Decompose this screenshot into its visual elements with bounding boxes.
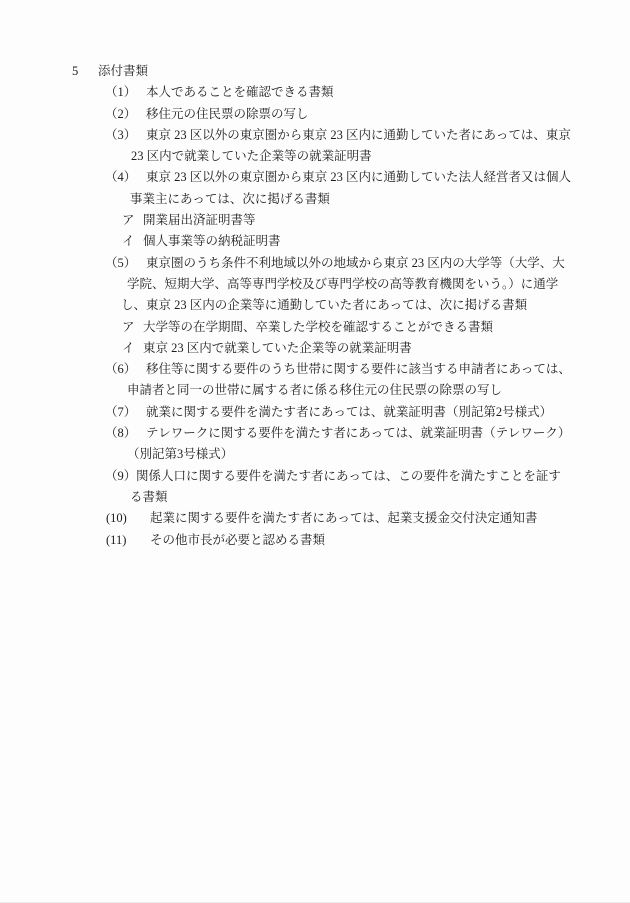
row-text: 事業主にあっては、次に掲げる書類 [130, 189, 330, 210]
section-heading: 5 添付書類 [0, 61, 630, 82]
section-5-attachments: 5 添付書類 （1） 本人であることを確認できる書類 （2） 移住元の住民票の除… [0, 61, 630, 551]
list-row-3-continuation: 23 区内で就業していた企業等の就業証明書 [0, 146, 630, 167]
list-row-2: （2） 移住元の住民票の除票の写し [0, 104, 630, 125]
row-marker: (11) [106, 530, 126, 551]
row-text: テレワークに関する要件を満たす者にあっては、就業証明書（テレワーク） [146, 423, 570, 444]
list-row-5-sub-a: ア 大学等の在学期間、卒業した学校を確認することができる書類 [0, 317, 630, 338]
list-row-4-sub-a: ア 開業届出済証明書等 [0, 210, 630, 231]
section-title: 添付書類 [98, 61, 148, 82]
row-marker: ア [122, 317, 135, 338]
list-row-8-continuation: （別記第3号様式） [0, 444, 630, 465]
row-marker: （5） [105, 253, 136, 274]
row-text: 開業届出済証明書等 [143, 210, 256, 231]
list-row-9: （9） 関係人口に関する要件を満たす者にあっては、この要件を満たすことを証す [0, 466, 630, 487]
row-text: 東京 23 区内で就業していた企業等の就業証明書 [143, 338, 412, 359]
row-marker: (10) [106, 508, 127, 529]
row-text: 東京圏のうち条件不利地域以外の地域から東京 23 区内の大学等（大学、大 [146, 253, 565, 274]
section-number: 5 [72, 61, 78, 82]
row-text: 申請者と同一の世帯に属する者に係る移住元の住民票の除票の写し [127, 380, 502, 401]
row-marker: （8） [105, 423, 136, 444]
row-text: 就業に関する要件を満たす者にあっては、就業証明書（別記第2号様式） [146, 402, 552, 423]
list-row-6: （6） 移住等に関する要件のうち世帯に関する要件に該当する申請者にあっては、 [0, 359, 630, 380]
row-marker: （3） [105, 125, 136, 146]
list-row-5-continuation-1: 学院、短期大学、高等専門学校及び専門学校の高等教育機関をいう。）に通学 [0, 274, 630, 295]
row-text: （別記第3号様式） [127, 444, 233, 465]
list-row-6-continuation: 申請者と同一の世帯に属する者に係る移住元の住民票の除票の写し [0, 380, 630, 401]
row-marker: イ [122, 338, 135, 359]
row-marker: （7） [105, 402, 136, 423]
row-marker: （1） [105, 82, 136, 103]
row-marker: ア [122, 210, 135, 231]
list-row-10: (10) 起業に関する要件を満たす者にあっては、起業支援金交付決定通知書 [0, 508, 630, 529]
row-marker: （6） [105, 359, 136, 380]
row-text: 東京 23 区以外の東京圏から東京 23 区内に通勤していた者にあっては、東京 [146, 125, 571, 146]
list-row-5-sub-i: イ 東京 23 区内で就業していた企業等の就業証明書 [0, 338, 630, 359]
row-text: 起業に関する要件を満たす者にあっては、起業支援金交付決定通知書 [150, 508, 537, 529]
row-text: 大学等の在学期間、卒業した学校を確認することができる書類 [143, 317, 493, 338]
list-row-4: （4） 東京 23 区以外の東京圏から東京 23 区内に通勤していた法人経営者又… [0, 167, 630, 188]
row-text: 個人事業等の納税証明書 [143, 231, 281, 252]
list-row-5-continuation-2: し、東京 23 区内の企業等に通勤していた者にあっては、次に掲げる書類 [0, 295, 630, 316]
row-text: 23 区内で就業していた企業等の就業証明書 [131, 146, 372, 167]
list-row-8: （8） テレワークに関する要件を満たす者にあっては、就業証明書（テレワーク） [0, 423, 630, 444]
list-row-4-continuation: 事業主にあっては、次に掲げる書類 [0, 189, 630, 210]
list-row-9-continuation: る書類 [0, 487, 630, 508]
row-text: 関係人口に関する要件を満たす者にあっては、この要件を満たすことを証す [136, 466, 561, 487]
row-marker: （4） [105, 167, 136, 188]
row-text: 移住元の住民票の除票の写し [146, 104, 309, 125]
list-row-11: (11) その他市長が必要と認める書類 [0, 530, 630, 551]
document-page: 5 添付書類 （1） 本人であることを確認できる書類 （2） 移住元の住民票の除… [0, 0, 630, 903]
row-text: 東京 23 区以外の東京圏から東京 23 区内に通勤していた法人経営者又は個人 [146, 167, 571, 188]
row-text: 移住等に関する要件のうち世帯に関する要件に該当する申請者にあっては、 [146, 359, 571, 380]
list-row-4-sub-i: イ 個人事業等の納税証明書 [0, 231, 630, 252]
list-row-3: （3） 東京 23 区以外の東京圏から東京 23 区内に通勤していた者にあっては… [0, 125, 630, 146]
row-marker: （2） [105, 104, 136, 125]
row-text: その他市長が必要と認める書類 [150, 530, 325, 551]
row-text: 学院、短期大学、高等専門学校及び専門学校の高等教育機関をいう。）に通学 [127, 274, 558, 295]
row-text: し、東京 23 区内の企業等に通勤していた者にあっては、次に掲げる書類 [121, 295, 527, 316]
list-row-1: （1） 本人であることを確認できる書類 [0, 82, 630, 103]
row-text: る書類 [130, 487, 168, 508]
row-marker: イ [122, 231, 135, 252]
list-row-7: （7） 就業に関する要件を満たす者にあっては、就業証明書（別記第2号様式） [0, 402, 630, 423]
row-text: 本人であることを確認できる書類 [146, 82, 334, 103]
list-row-5: （5） 東京圏のうち条件不利地域以外の地域から東京 23 区内の大学等（大学、大 [0, 253, 630, 274]
row-marker: （9） [105, 466, 136, 487]
